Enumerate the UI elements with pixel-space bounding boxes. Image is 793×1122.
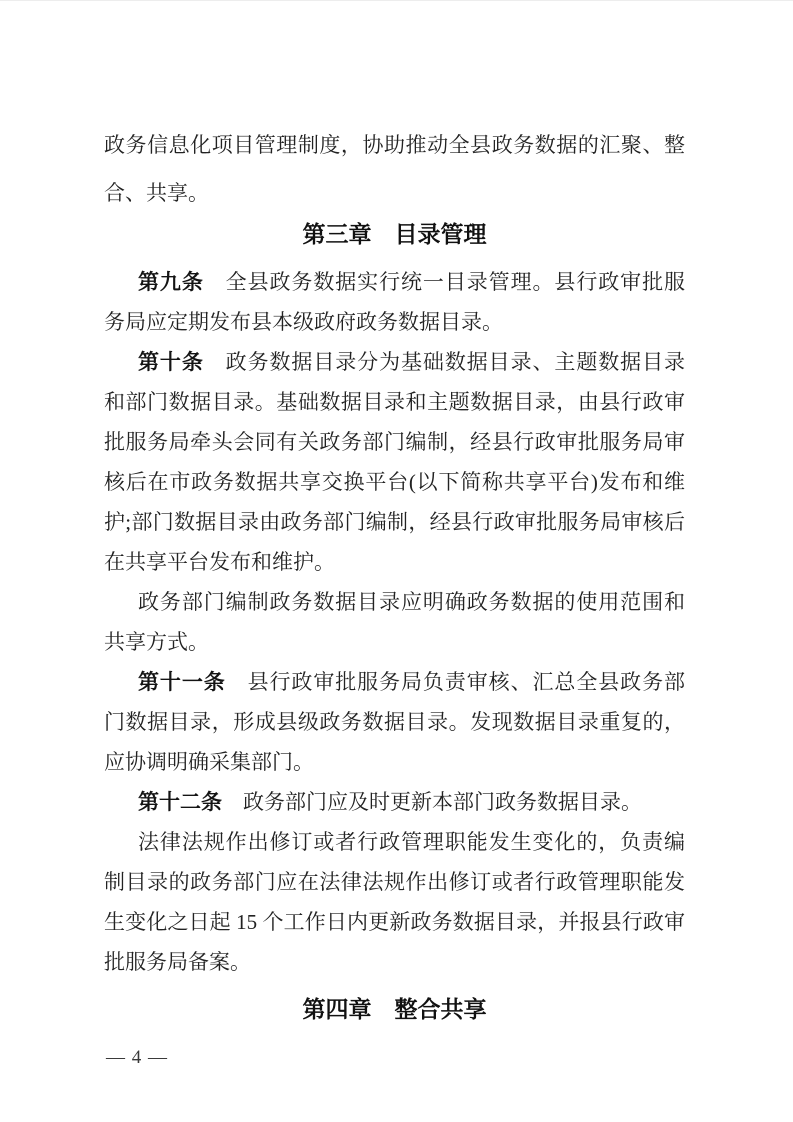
document-body: 政务信息化项目管理制度，协助推动全县政务数据的汇聚、整 合、共享。 第三章 目录… (104, 1, 685, 1029)
line-text: 第三章 目录管理 (303, 221, 487, 247)
text-line: 应协调明确采集部门。 (104, 742, 685, 782)
text-line: 批服务局备案。 (104, 942, 685, 982)
article-number: 第十二条 (138, 790, 243, 814)
line-text: 在共享平台发布和维护。 (104, 550, 335, 574)
text-line: 务局应定期发布县本级政府政务数据目录。 (104, 302, 685, 342)
text-line: 第十一条 县行政审批服务局负责审核、汇总全县政务部 (104, 662, 685, 702)
text-line: 政务信息化项目管理制度，协助推动全县政务数据的汇聚、整 (104, 125, 685, 165)
line-text: 护;部门数据目录由政务部门编制，经县行政审批服务局审核后 (104, 510, 685, 534)
line-text: 生变化之日起 15 个工作日内更新政务数据目录，并报县行政审 (104, 910, 685, 934)
text-line: 第九条 全县政务数据实行统一目录管理。县行政审批服 (104, 262, 685, 302)
text-line: 政务部门编制政务数据目录应明确政务数据的使用范围和 (104, 582, 685, 622)
line-text: 第四章 整合共享 (303, 996, 487, 1022)
article-number: 第十条 (138, 350, 226, 374)
line-text: 政务信息化项目管理制度，协助推动全县政务数据的汇聚、整 (104, 133, 685, 157)
line-text: 批服务局备案。 (104, 950, 251, 974)
text-line: 合、共享。 (104, 173, 685, 213)
text-line: 核后在市政务数据共享交换平台(以下简称共享平台)发布和维 (104, 462, 685, 502)
text-line: 制目录的政务部门应在法律法规作出修订或者行政管理职能发 (104, 862, 685, 902)
line-text: 应协调明确采集部门。 (104, 750, 314, 774)
line-text: 门数据目录，形成县级政务数据目录。发现数据目录重复的， (104, 710, 685, 734)
text-line: 在共享平台发布和维护。 (104, 542, 685, 582)
text-line: 共享方式。 (104, 622, 685, 662)
page-number: — 4 — (106, 1047, 168, 1069)
chapter-heading: 第四章 整合共享 (104, 989, 685, 1029)
text-line: 护;部门数据目录由政务部门编制，经县行政审批服务局审核后 (104, 502, 685, 542)
text-line: 门数据目录，形成县级政务数据目录。发现数据目录重复的， (104, 702, 685, 742)
line-text: 合、共享。 (104, 181, 209, 205)
line-text: 共享方式。 (104, 630, 209, 654)
line-text: 全县政务数据实行统一目录管理。县行政审批服 (226, 270, 685, 294)
text-line: 和部门数据目录。基础数据目录和主题数据目录，由县行政审 (104, 382, 685, 422)
line-text: 政务部门编制政务数据目录应明确政务数据的使用范围和 (138, 590, 685, 614)
text-line: 第十二条 政务部门应及时更新本部门政务数据目录。 (104, 782, 685, 822)
text-line: 第十条 政务数据目录分为基础数据目录、主题数据目录 (104, 342, 685, 382)
line-text: 政务数据目录分为基础数据目录、主题数据目录 (226, 350, 685, 374)
line-text: 务局应定期发布县本级政府政务数据目录。 (104, 310, 503, 334)
article-number: 第九条 (138, 270, 226, 294)
line-text: 县行政审批服务局负责审核、汇总全县政务部 (248, 670, 685, 694)
line-text: 制目录的政务部门应在法律法规作出修订或者行政管理职能发 (104, 870, 685, 894)
line-text: 核后在市政务数据共享交换平台(以下简称共享平台)发布和维 (104, 470, 685, 494)
text-line: 生变化之日起 15 个工作日内更新政务数据目录，并报县行政审 (104, 902, 685, 942)
line-text: 政务部门应及时更新本部门政务数据目录。 (243, 790, 642, 814)
chapter-heading: 第三章 目录管理 (104, 214, 685, 254)
document-page: { "page": { "number_label": "— 4 —" }, "… (0, 0, 793, 1122)
article-number: 第十一条 (138, 670, 248, 694)
text-line: 批服务局牵头会同有关政务部门编制，经县行政审批服务局审 (104, 422, 685, 462)
text-line: 法律法规作出修订或者行政管理职能发生变化的，负责编 (104, 822, 685, 862)
line-text: 和部门数据目录。基础数据目录和主题数据目录，由县行政审 (104, 390, 685, 414)
line-text: 批服务局牵头会同有关政务部门编制，经县行政审批服务局审 (104, 430, 685, 454)
line-text: 法律法规作出修订或者行政管理职能发生变化的，负责编 (138, 830, 685, 854)
